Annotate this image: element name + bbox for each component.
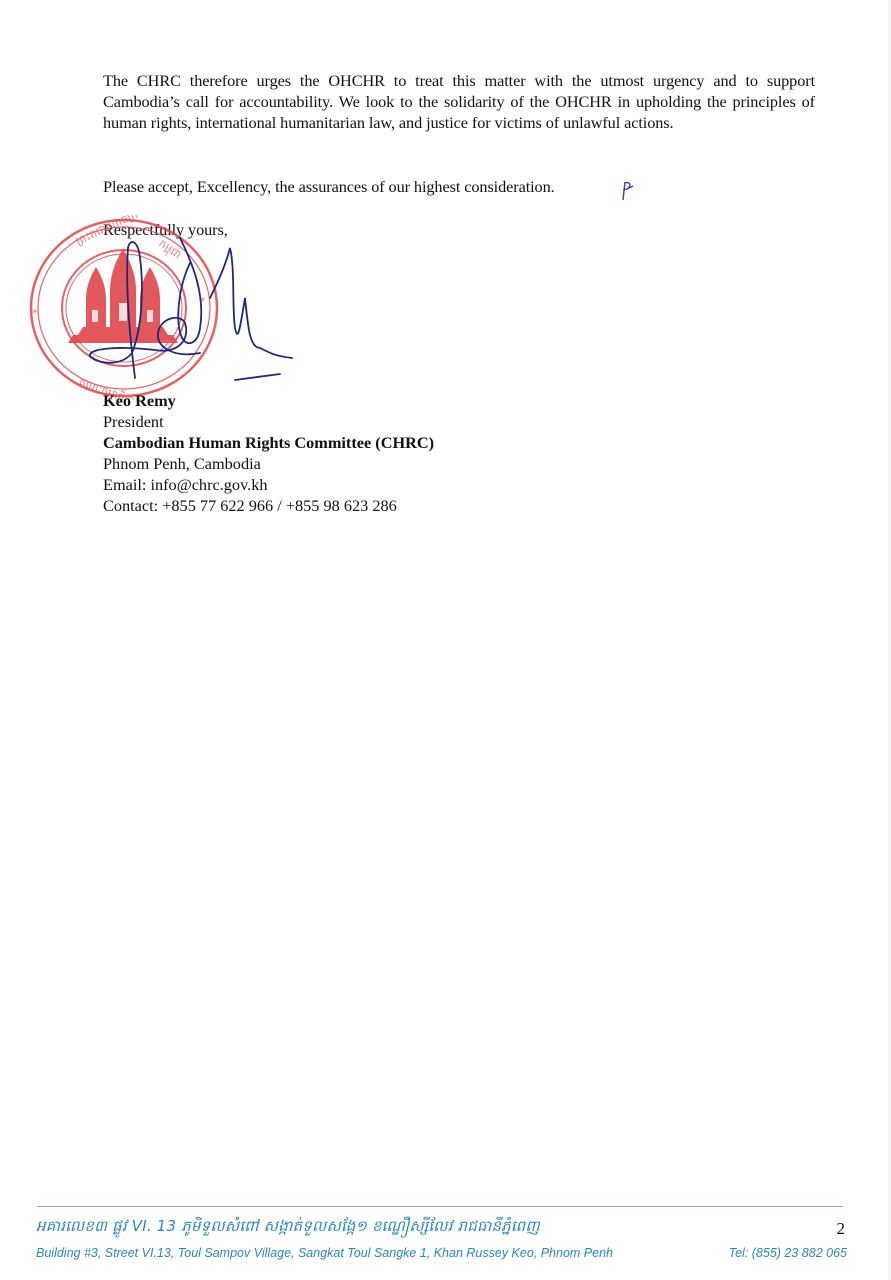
svg-text:*: * <box>30 307 44 315</box>
body-paragraph-consideration: Please accept, Excellency, the assurance… <box>103 176 815 197</box>
signatory-organization: Cambodian Human Rights Committee (CHRC) <box>103 432 434 453</box>
signature-block: Keo Remy President Cambodian Human Right… <box>103 390 434 516</box>
footer-address: Building #3, Street VI.13, Toul Sampov V… <box>36 1246 613 1260</box>
footer-divider <box>37 1206 843 1207</box>
page-number: 2 <box>837 1219 846 1239</box>
signatory-email: Email: info@chrc.gov.kh <box>103 474 434 495</box>
signature-icon <box>60 228 320 388</box>
footer-telephone: Tel: (855) 23 882 065 <box>729 1246 847 1260</box>
signatory-title: President <box>103 411 434 432</box>
signatory-location: Phnom Penh, Cambodia <box>103 453 434 474</box>
body-paragraph-urge: The CHRC therefore urges the OHCHR to tr… <box>103 70 815 133</box>
initial-mark-icon <box>618 178 636 202</box>
footer-khmer-address: អគារលេខ៣ ផ្លូវ VI. 13 ភូមិទួលសំពៅ សង្កាត… <box>36 1217 540 1239</box>
signatory-name: Keo Remy <box>103 390 434 411</box>
signatory-contact: Contact: +855 77 622 966 / +855 98 623 2… <box>103 495 434 516</box>
